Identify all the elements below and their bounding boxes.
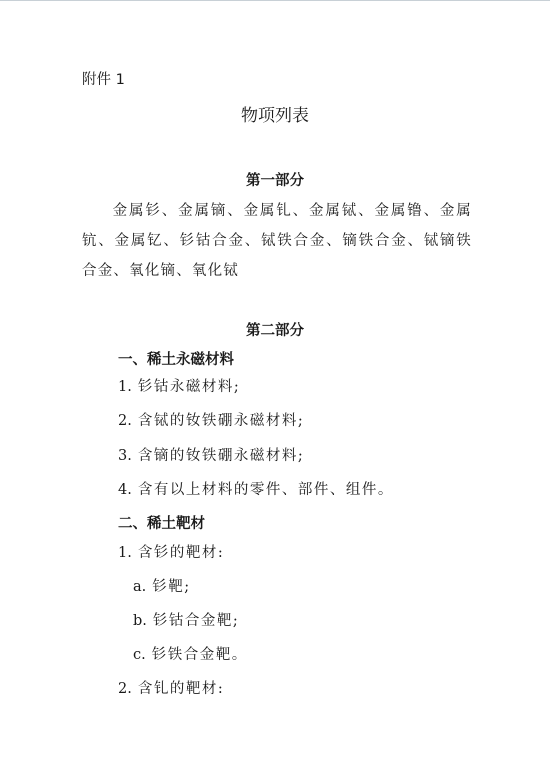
part1-paragraph: 金属钐、金属镝、金属钆、金属铽、金属镥、金属钪、金属钇、钐钴合金、铽铁合金、镝铁… <box>82 196 472 286</box>
subitem-text: 钐靶; <box>152 579 190 595</box>
subitem-letter: c. <box>133 647 146 663</box>
item-number: 2. <box>118 413 132 429</box>
item-number: 3. <box>118 448 132 464</box>
document-page: 附件 1 物项列表 第一部分 金属钐、金属镝、金属钆、金属铽、金属镥、金属钪、金… <box>0 0 550 783</box>
item-text: 钐钴永磁材料; <box>138 379 240 395</box>
item-number: 1. <box>118 545 132 561</box>
sub-list-item: b.钐钴合金靶; <box>133 609 239 630</box>
section-heading: 一、稀土永磁材料 <box>118 348 234 369</box>
subitem-text: 钐钴合金靶; <box>153 613 239 629</box>
item-text: 含铽的钕铁硼永磁材料; <box>138 413 304 429</box>
list-item: 2.含钆的靶材: <box>118 677 224 698</box>
item-text: 含钆的靶材: <box>138 681 224 697</box>
list-item: 1.含钐的靶材: <box>118 541 224 562</box>
item-number: 4. <box>118 482 132 498</box>
item-text: 含有以上材料的零件、部件、组件。 <box>138 482 394 498</box>
part1-paragraph-text: 金属钐、金属镝、金属钆、金属铽、金属镥、金属钪、金属钇、钐钴合金、铽铁合金、镝铁… <box>82 203 472 279</box>
item-number: 2. <box>118 681 132 697</box>
subitem-letter: a. <box>133 579 146 595</box>
subitem-text: 钐铁合金靶。 <box>152 647 248 663</box>
attachment-label: 附件 1 <box>82 68 125 89</box>
list-item: 4.含有以上材料的零件、部件、组件。 <box>118 478 394 499</box>
list-item: 1.钐钴永磁材料; <box>118 375 240 396</box>
item-text: 含钐的靶材: <box>138 545 224 561</box>
part1-heading: 第一部分 <box>0 169 550 190</box>
sub-list-item: c.钐铁合金靶。 <box>133 643 248 664</box>
list-item: 2.含铽的钕铁硼永磁材料; <box>118 409 304 430</box>
section-heading: 二、稀土靶材 <box>118 512 205 533</box>
part2-heading: 第二部分 <box>0 319 550 340</box>
item-number: 1. <box>118 379 132 395</box>
sub-list-item: a.钐靶; <box>133 575 191 596</box>
list-item: 3.含镝的钕铁硼永磁材料; <box>118 444 304 465</box>
document-title: 物项列表 <box>0 101 550 126</box>
item-text: 含镝的钕铁硼永磁材料; <box>138 448 304 464</box>
subitem-letter: b. <box>133 613 147 629</box>
